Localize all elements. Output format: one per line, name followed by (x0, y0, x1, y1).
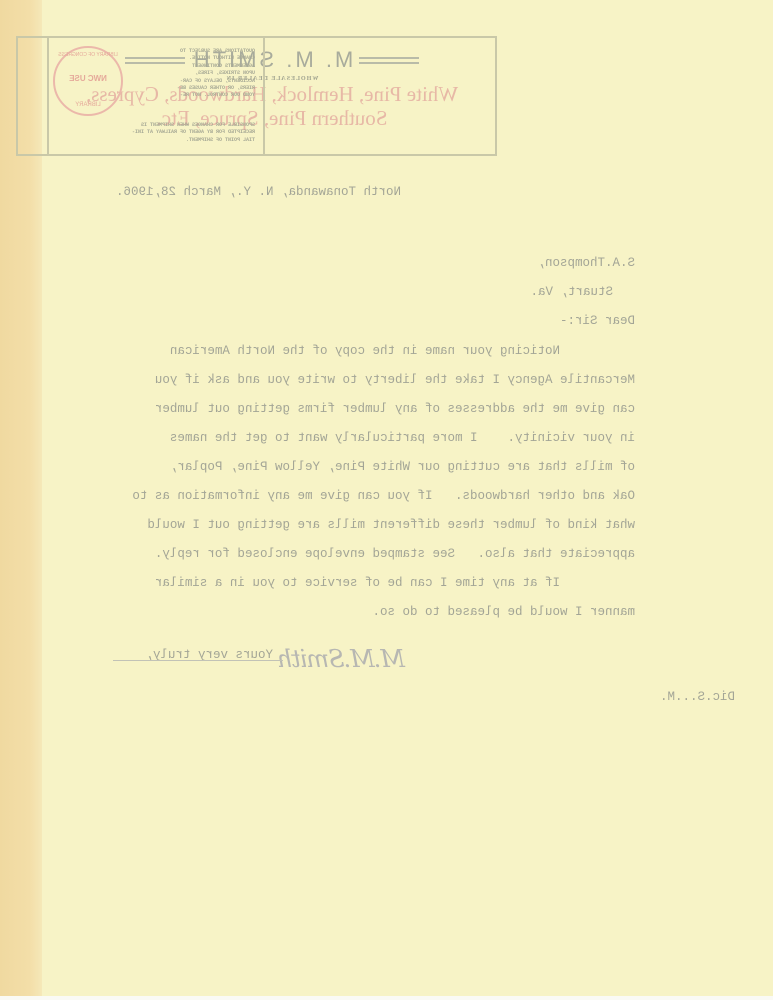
signature: M.M.Smith (278, 645, 405, 673)
body-line: manner I would be pleased to do so. (372, 605, 635, 619)
notice-line: RECEIPTED FOR BY AGENT OF RAILWAY AT INI… (25, 129, 255, 136)
stamp-center-text: NWC USE (55, 74, 121, 83)
dateline: North Tonawanda, N. Y., March 28,1906. (116, 185, 401, 199)
recipient-location: Stuart, Va. (530, 285, 613, 299)
notice-line: QUOTATIONS ARE SUBJECT TO (137, 48, 255, 55)
typist-initials: Dic.S...M. (660, 690, 735, 704)
notice-line: UPON STRIKES, FIRES, (137, 70, 255, 77)
body-line: what kind of lumber these different mill… (147, 518, 635, 532)
letter-page: M. M. SMITH WHOLESALE DEALER IN White Pi… (0, 0, 773, 1000)
salutation: Dear Sir:- (560, 314, 635, 328)
body-line: can give me the addresses of any lumber … (155, 402, 635, 416)
stamp-bottom-text: LIBRARY (55, 102, 121, 108)
body-line: If at any time I can be of service to yo… (155, 576, 635, 590)
notice-line: CHANGE WITHOUT NOTICE. (137, 55, 255, 62)
library-stamp: LIBRARY OF CONGRESS NWC USE LIBRARY (53, 46, 123, 116)
notice-line: TIAL POINT OF SHIPMENT. (25, 137, 255, 144)
terms-notice-box: QUOTATIONS ARE SUBJECT TO CHANGE WITHOUT… (16, 36, 265, 156)
terms-notice-text: QUOTATIONS ARE SUBJECT TO CHANGE WITHOUT… (137, 48, 255, 100)
decorative-rule-left (359, 57, 419, 64)
paper-bottom-edge (0, 996, 773, 1000)
notice-line: RIERS, OR OTHER CAUSES BE- (137, 85, 255, 92)
body-line: Mercantile Agency I take the liberty to … (155, 373, 635, 387)
body-line: of mills that are cutting our White Pine… (170, 460, 635, 474)
stamp-top-text: LIBRARY OF CONGRESS (55, 52, 121, 58)
body-line: in your vicinity. I more particularly wa… (170, 431, 635, 445)
notice-line: YOND OUR CONTROL. NOT RE- (137, 92, 255, 99)
notice-line: ACCIDENTS, DELAYS OF CAR- (137, 78, 255, 85)
recipient-name: S.A.Thompson, (537, 256, 635, 270)
body-line: Noticing your name in the copy of the No… (170, 344, 635, 358)
body-line: Oak and other hardwoods. If you can give… (132, 489, 635, 503)
notice-line: SPONSIBLE FOR CHANGES WHEN SHIPMENT IS (25, 122, 255, 129)
notice-line: AGREEMENTS CONTINGENT (137, 63, 255, 70)
signature-flourish (113, 660, 283, 661)
body-line: appreciate that also. See stamped envelo… (155, 547, 635, 561)
terms-notice-text-wide: SPONSIBLE FOR CHANGES WHEN SHIPMENT IS R… (25, 122, 255, 144)
